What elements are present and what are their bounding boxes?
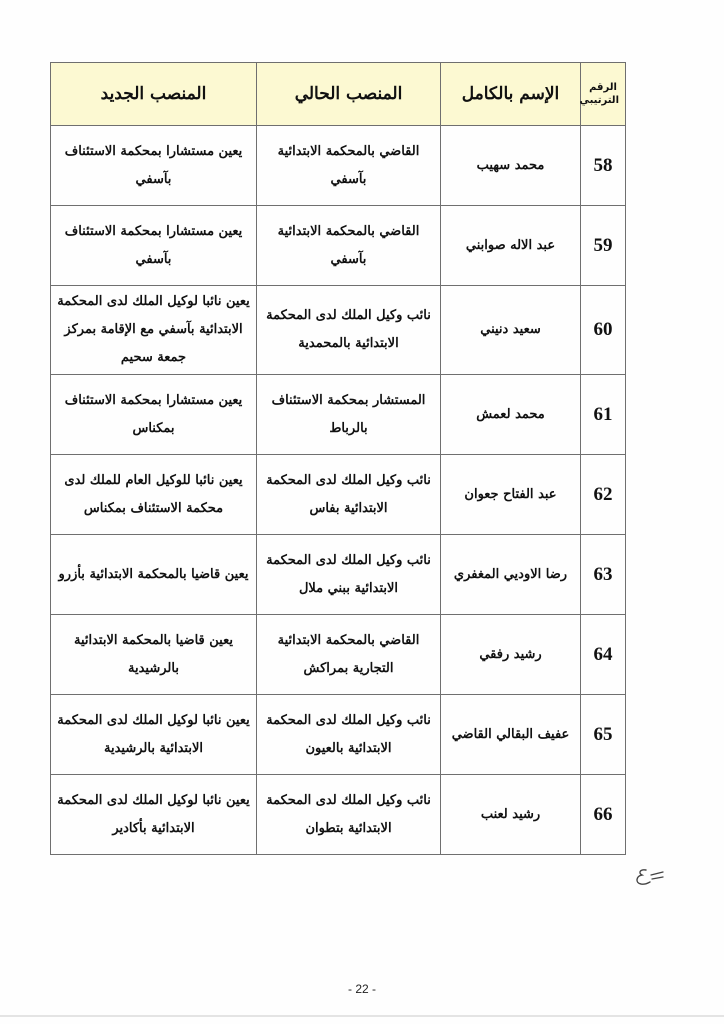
header-current-position: المنصب الحالي [257, 63, 441, 126]
scan-edge-divider [0, 1015, 724, 1017]
row-full-name: عبد الفتاح جعوان [441, 455, 581, 535]
row-current-position: نائب وكيل الملك لدى المحكمة الابتدائية ب… [257, 286, 441, 375]
document-page: الرقم الترتيبي الإسم بالكامل المنصب الحا… [0, 0, 724, 1024]
row-new-position: يعين نائبا لوكيل الملك لدى المحكمة الابت… [51, 695, 257, 775]
row-current-position: نائب وكيل الملك لدى المحكمة الابتدائية ب… [257, 775, 441, 855]
row-full-name: سعيد دنيني [441, 286, 581, 375]
row-full-name: محمد سهيب [441, 126, 581, 206]
row-current-position: القاضي بالمحكمة الابتدائية بآسفي [257, 206, 441, 286]
row-new-position: يعين نائبا لوكيل الملك لدى المحكمة الابت… [51, 286, 257, 375]
appointments-table: الرقم الترتيبي الإسم بالكامل المنصب الحا… [50, 62, 626, 855]
row-full-name: رشيد لعنب [441, 775, 581, 855]
row-number: 66 [581, 775, 626, 855]
row-new-position: يعين مستشارا بمحكمة الاستئناف بمكناس [51, 375, 257, 455]
row-new-position: يعين مستشارا بمحكمة الاستئناف بآسفي [51, 126, 257, 206]
table-row: 64 رشيد رفقي القاضي بالمحكمة الابتدائية … [51, 615, 626, 695]
row-current-position: المستشار بمحكمة الاستئناف بالرباط [257, 375, 441, 455]
table-row: 63 رضا الاوديي المغفري نائب وكيل الملك ل… [51, 535, 626, 615]
page-number: - 22 - [0, 982, 724, 996]
row-new-position: يعين نائبا لوكيل الملك لدى المحكمة الابت… [51, 775, 257, 855]
table-header-row: الرقم الترتيبي الإسم بالكامل المنصب الحا… [51, 63, 626, 126]
header-number: الرقم الترتيبي [581, 63, 626, 126]
row-new-position: يعين قاضيا بالمحكمة الابتدائية بالرشيدية [51, 615, 257, 695]
row-full-name: عبد الاله صوابني [441, 206, 581, 286]
row-full-name: رضا الاوديي المغفري [441, 535, 581, 615]
row-number: 65 [581, 695, 626, 775]
row-current-position: نائب وكيل الملك لدى المحكمة الابتدائية ب… [257, 455, 441, 535]
handwritten-initials-mark [632, 864, 666, 890]
row-current-position: القاضي بالمحكمة الابتدائية بآسفي [257, 126, 441, 206]
row-new-position: يعين مستشارا بمحكمة الاستئناف بآسفي [51, 206, 257, 286]
table-row: 59 عبد الاله صوابني القاضي بالمحكمة الاب… [51, 206, 626, 286]
header-full-name: الإسم بالكامل [441, 63, 581, 126]
row-number: 64 [581, 615, 626, 695]
row-current-position: نائب وكيل الملك لدى المحكمة الابتدائية ب… [257, 535, 441, 615]
table-row: 62 عبد الفتاح جعوان نائب وكيل الملك لدى … [51, 455, 626, 535]
row-number: 63 [581, 535, 626, 615]
row-number: 61 [581, 375, 626, 455]
row-current-position: نائب وكيل الملك لدى المحكمة الابتدائية ب… [257, 695, 441, 775]
table-row: 66 رشيد لعنب نائب وكيل الملك لدى المحكمة… [51, 775, 626, 855]
row-number: 58 [581, 126, 626, 206]
header-new-position: المنصب الجديد [51, 63, 257, 126]
row-number: 60 [581, 286, 626, 375]
row-current-position: القاضي بالمحكمة الابتدائية التجارية بمرا… [257, 615, 441, 695]
row-full-name: عفيف البقالي القاضي [441, 695, 581, 775]
table-row: 60 سعيد دنيني نائب وكيل الملك لدى المحكم… [51, 286, 626, 375]
table-row: 58 محمد سهيب القاضي بالمحكمة الابتدائية … [51, 126, 626, 206]
table-row: 61 محمد لعمش المستشار بمحكمة الاستئناف ب… [51, 375, 626, 455]
row-number: 62 [581, 455, 626, 535]
row-new-position: يعين نائبا للوكيل العام للملك لدى محكمة … [51, 455, 257, 535]
row-new-position: يعين قاضيا بالمحكمة الابتدائية بأزرو [51, 535, 257, 615]
row-full-name: محمد لعمش [441, 375, 581, 455]
row-full-name: رشيد رفقي [441, 615, 581, 695]
table-row: 65 عفيف البقالي القاضي نائب وكيل الملك ل… [51, 695, 626, 775]
row-number: 59 [581, 206, 626, 286]
